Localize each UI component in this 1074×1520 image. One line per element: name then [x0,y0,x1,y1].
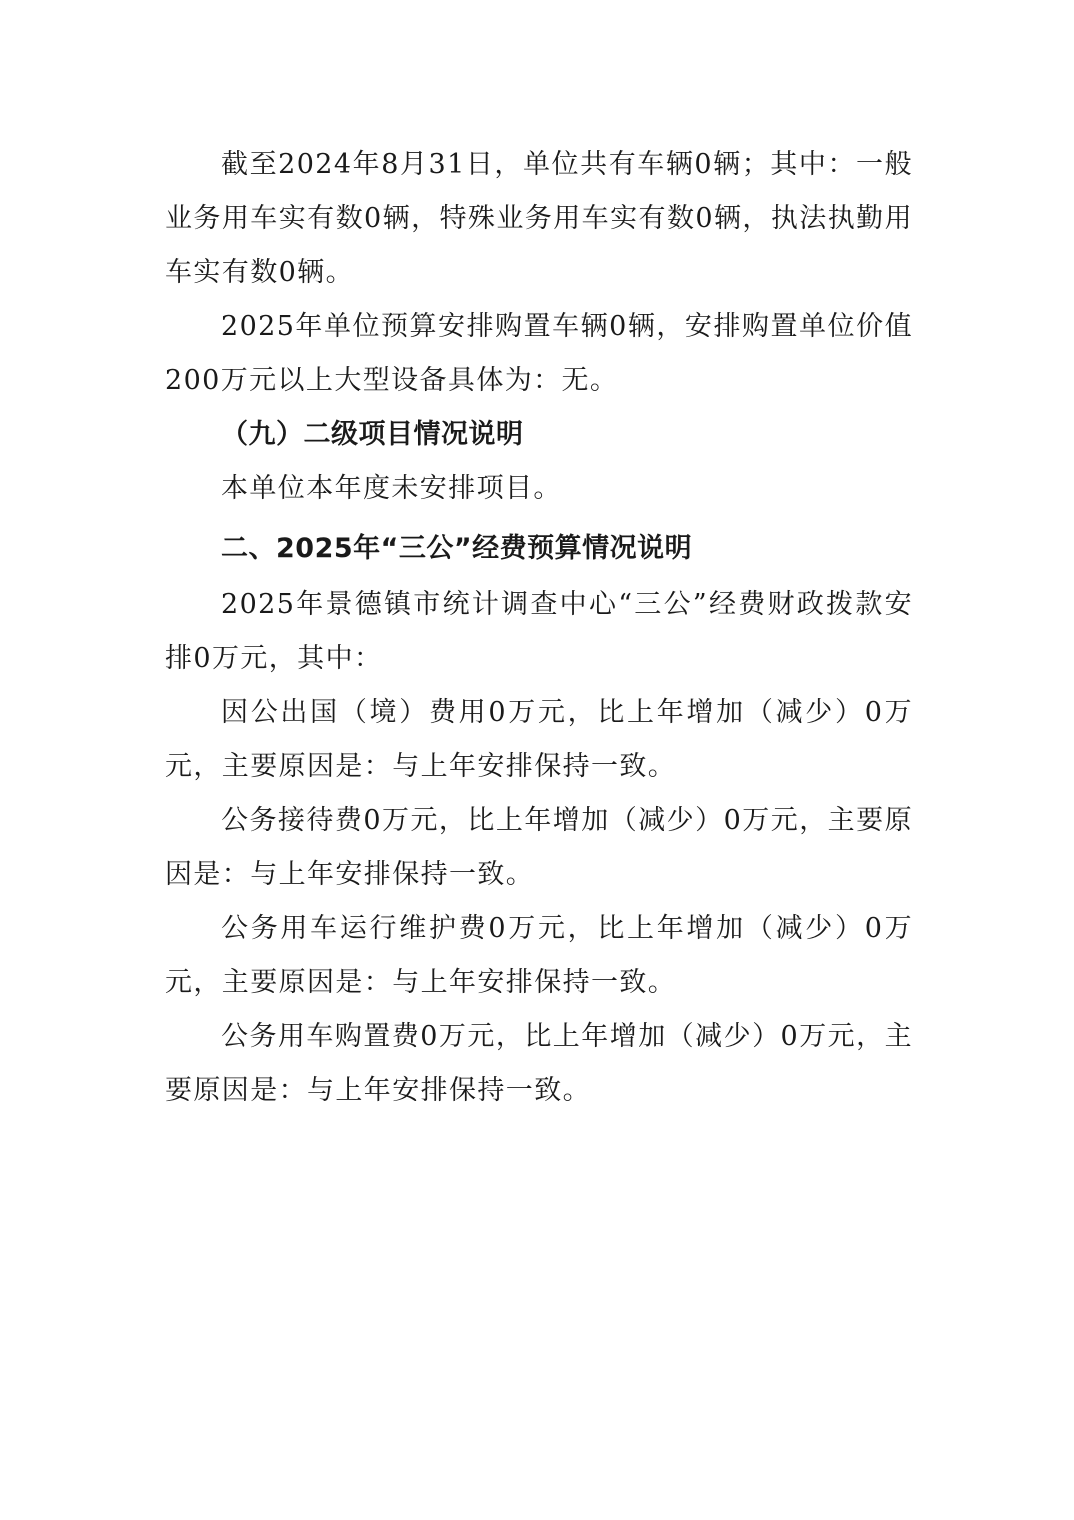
three-public-expenses-heading: 二、2025年“三公”经费预算情况说明 [165,522,913,576]
secondary-project-heading: （九）二级项目情况说明 [165,408,913,462]
vehicle-purchase-paragraph: 2025年单位预算安排购置车辆0辆，安排购置单位价值200万元以上大型设备具体为… [165,300,913,408]
reception-expense-paragraph: 公务接待费0万元，比上年增加（减少）0万元，主要原因是：与上年安排保持一致。 [165,794,913,902]
three-public-total-paragraph: 2025年景德镇市统计调查中心“三公”经费财政拨款安排0万元，其中： [165,578,913,686]
document-page: 截至2024年8月31日，单位共有车辆0辆；其中：一般业务用车实有数0辆，特殊业… [165,138,913,1118]
overseas-travel-paragraph: 因公出国（境）费用0万元，比上年增加（减少）0万元，主要原因是：与上年安排保持一… [165,686,913,794]
vehicle-purchase-expense-paragraph: 公务用车购置费0万元，比上年增加（减少）0万元，主要原因是：与上年安排保持一致。 [165,1010,913,1118]
vehicle-count-paragraph: 截至2024年8月31日，单位共有车辆0辆；其中：一般业务用车实有数0辆，特殊业… [165,138,913,300]
vehicle-maintenance-paragraph: 公务用车运行维护费0万元，比上年增加（减少）0万元，主要原因是：与上年安排保持一… [165,902,913,1010]
secondary-project-paragraph: 本单位本年度未安排项目。 [165,462,913,516]
